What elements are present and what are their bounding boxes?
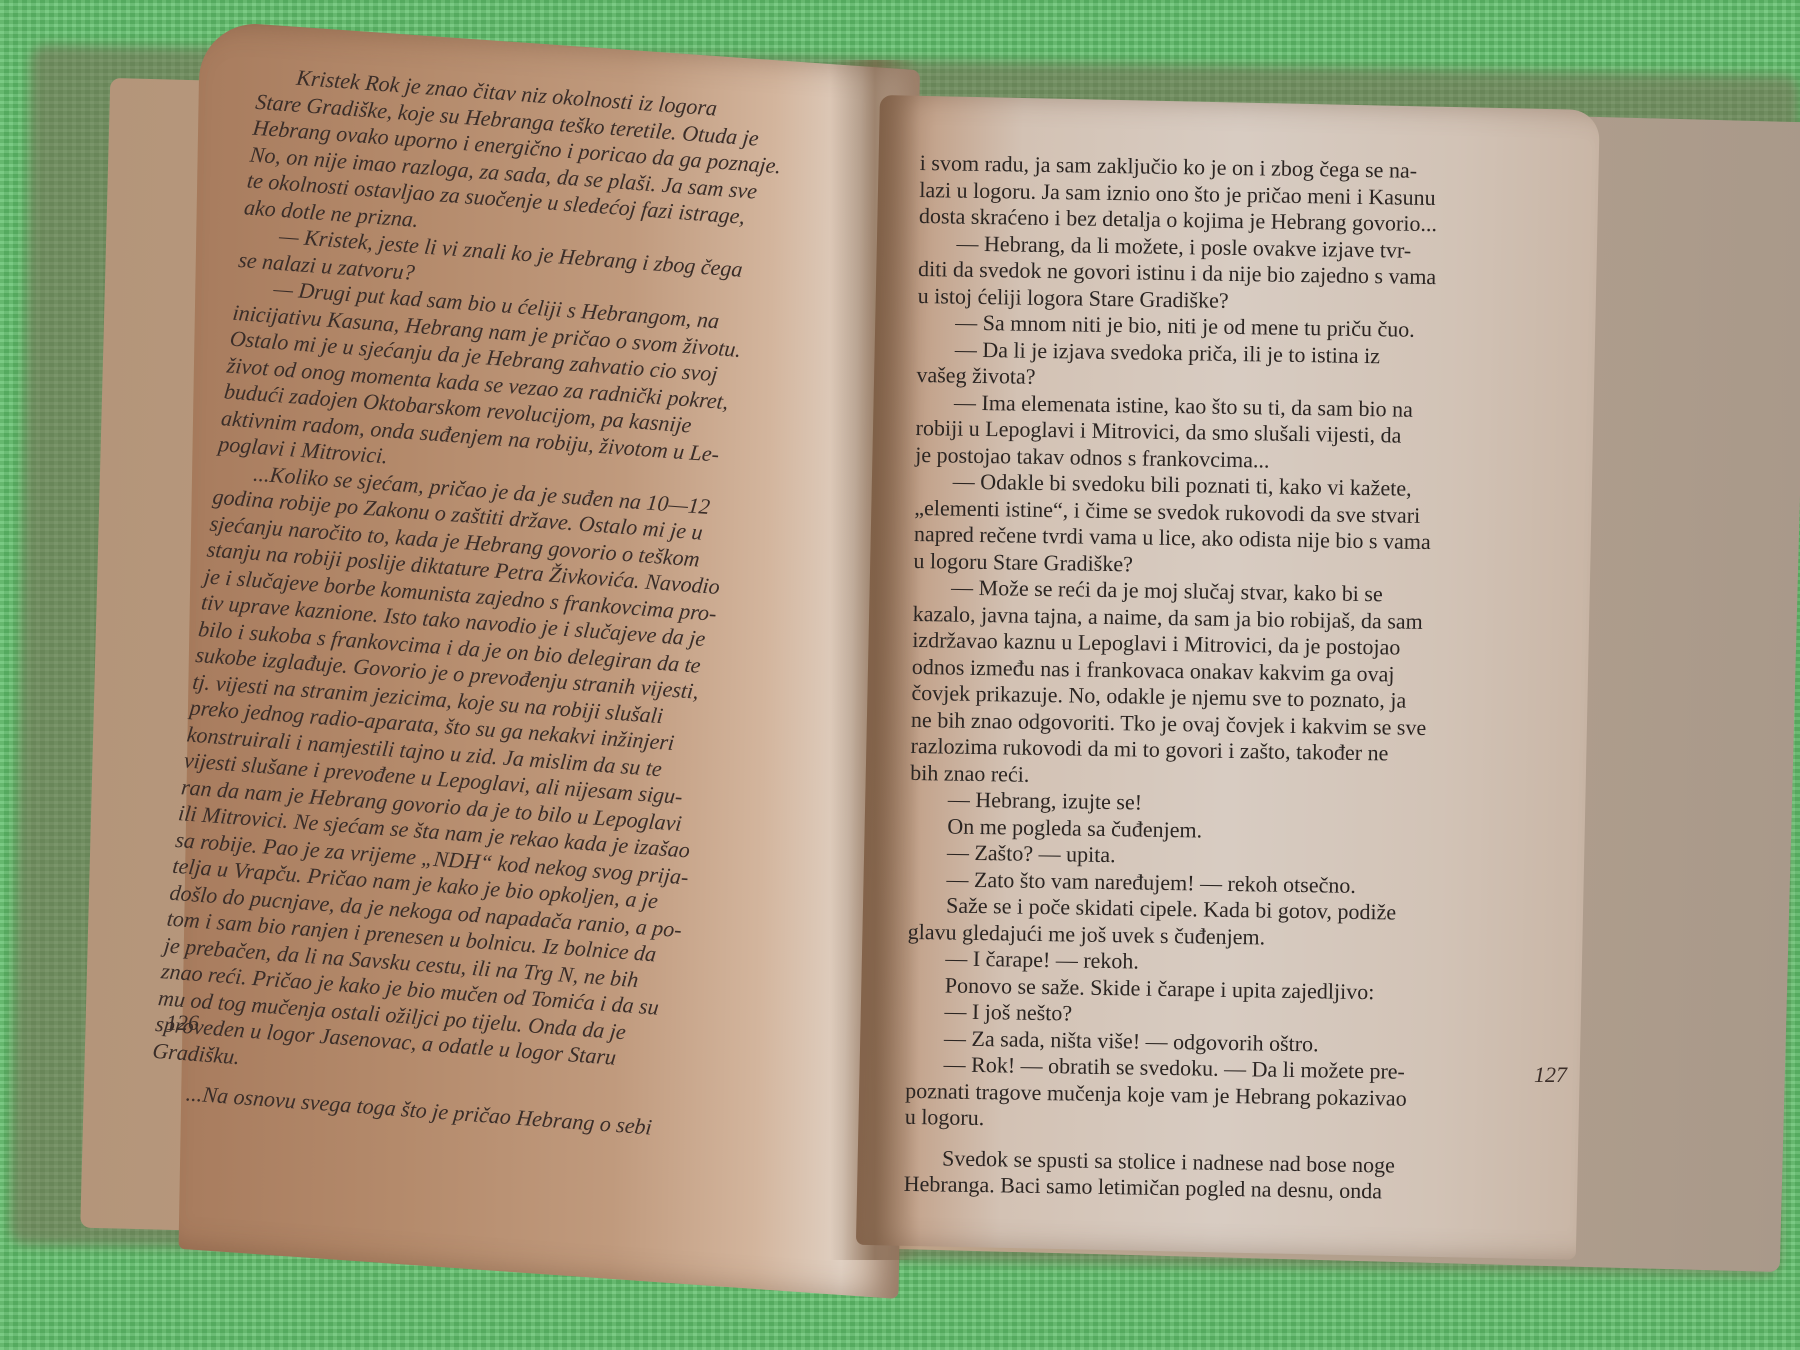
- right-page-text: i svom radu, ja sam zaključio ko je on i…: [904, 150, 1439, 1206]
- page-number-left: 126: [166, 1010, 199, 1036]
- left-page-text: Kristek Rok je znao čitav niz okolnosti …: [147, 62, 788, 1143]
- page-number-right: 127: [1534, 1062, 1567, 1088]
